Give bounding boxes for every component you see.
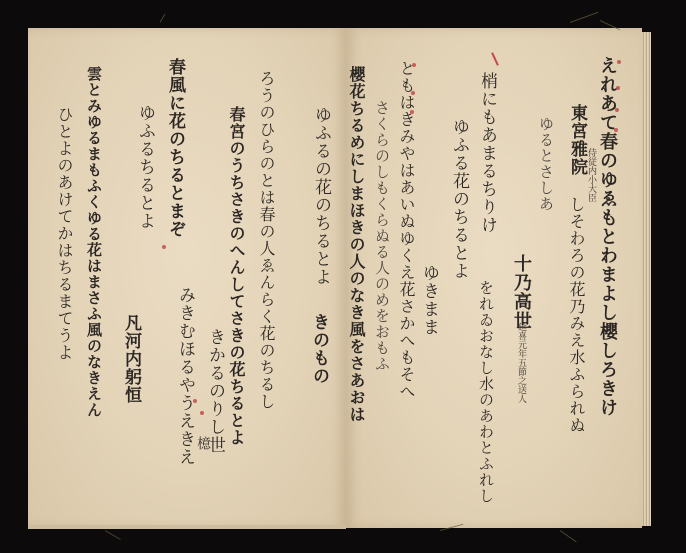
text-column: ひとよのあけてかはちるまてうよ: [56, 106, 72, 361]
red-check-mark: [491, 52, 499, 66]
red-annotation-mark: [410, 110, 414, 114]
red-annotation-mark: [162, 245, 166, 249]
paper-fiber: [570, 12, 599, 23]
text-column: しそわろの花乃みえ水ふられぬ: [568, 196, 584, 434]
open-manuscript-book: ゆふるの花のちるとよ きのもの ろうのひらのとは春の人ゑんらく花のちるし 春宮の…: [28, 28, 651, 528]
red-annotation-mark: [200, 411, 204, 415]
heading-column: 十乃高世: [512, 254, 530, 330]
paper-fiber: [105, 530, 121, 540]
annotation-column: 延喜元年五節之送人: [516, 322, 525, 403]
text-column: ゆふるの花のちるとよ: [312, 106, 329, 286]
text-column: 櫻花ちるめにしまほきの人のなき風をさあおは: [348, 66, 364, 423]
text-column: ゆふる花のちるとよ: [450, 118, 467, 280]
red-annotation-mark: [614, 128, 618, 132]
text-column: ろうのひらのとは春の人ゑんらく花のちるし: [258, 70, 274, 410]
right-page: えれあて春のゆゑもとわまよし櫻しろきけ 東宮雅院 侍従内小大臣 しそわろの花乃み…: [346, 28, 642, 528]
page-edge: [28, 525, 346, 529]
text-column: 雲とみゆるまもふくゆる花はまさふ風のなきえん: [86, 66, 101, 418]
text-column: みきむほるやうえきえ: [176, 286, 193, 466]
page-stack-edge: [642, 32, 651, 526]
red-annotation-mark: [193, 399, 197, 403]
left-page: ゆふるの花のちるとよ きのもの ろうのひらのとは春の人ゑんらく花のちるし 春宮の…: [28, 28, 347, 528]
paper-fiber: [160, 14, 166, 23]
text-column: 春宮のうちさきのへんしてさきの花ちるとよ: [228, 106, 244, 446]
red-annotation-mark: [616, 86, 620, 90]
text-column: さくらのしもくらぬる人のめをおもふ: [374, 100, 389, 372]
text-column: をれゐおなし水のあわとふれし: [478, 280, 493, 504]
text-column: ゆふるちるとよ: [136, 104, 153, 230]
text-column: ゆきまま: [420, 264, 437, 336]
red-annotation-mark: [411, 91, 415, 95]
heading-column: 東宮雅院: [568, 104, 585, 176]
text-column: えれあて春のゆゑもとわまよし櫻しろきけ: [598, 56, 616, 417]
text-column: 春風に花のちるとまぞ: [166, 58, 183, 238]
text-column: 梢にもあまるちりけ: [478, 72, 495, 234]
text-column: 檍: [196, 436, 210, 450]
author-name: 凡河内躬恒: [122, 314, 139, 404]
annotation-column: 侍従内小大臣: [586, 148, 595, 202]
text-column: きのもの: [310, 313, 327, 385]
red-annotation-mark: [412, 63, 416, 67]
red-annotation-mark: [615, 108, 619, 112]
red-annotation-mark: [617, 60, 621, 64]
text-column: ゆるとさしあ: [538, 116, 553, 212]
paper-fiber: [560, 530, 577, 542]
